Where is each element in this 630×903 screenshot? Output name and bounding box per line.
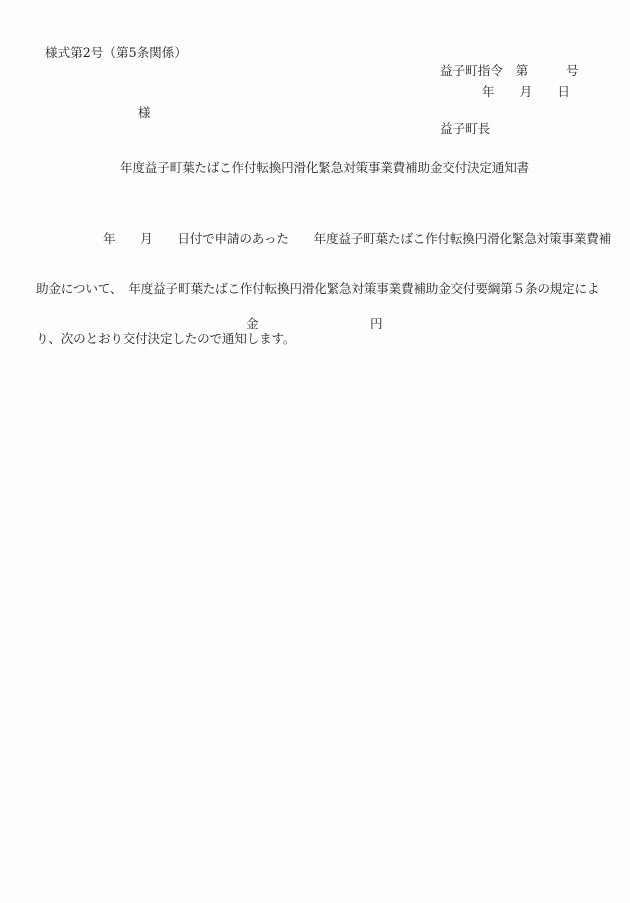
body-paragraph: 年 月 日付で申請のあった 年度益子町葉たばこ作付転換円滑化緊急対策事業費補 助… [36,199,630,379]
date-line: 年 月 日 [430,84,570,99]
body-line-1: 年 月 日付で申請のあった 年度益子町葉たばこ作付転換円滑化緊急対策事業費補 [36,229,630,249]
recipient-honorific: 様 [138,105,151,120]
form-number: 様式第2号（第5条関係） [45,45,187,60]
amount-suffix-en: 円 [370,316,383,331]
document-title: 年度益子町葉たばこ作付転換円滑化緊急対策事業費補助金交付決定通知書 [120,160,529,175]
body-line-3: り、次のとおり交付決定したので通知します。 [36,329,630,349]
document-page: 様式第2号（第5条関係） 益子町指令 第 号 年 月 日 様 益子町長 年度益子… [0,0,630,903]
directive-number-line: 益子町指令 第 号 [440,63,579,78]
amount-prefix-kin: 金 [246,316,259,331]
sender-mayor: 益子町長 [440,121,490,136]
body-line-2: 助金について、 年度益子町葉たばこ作付転換円滑化緊急対策事業費補助金交付要綱第５… [36,279,630,299]
